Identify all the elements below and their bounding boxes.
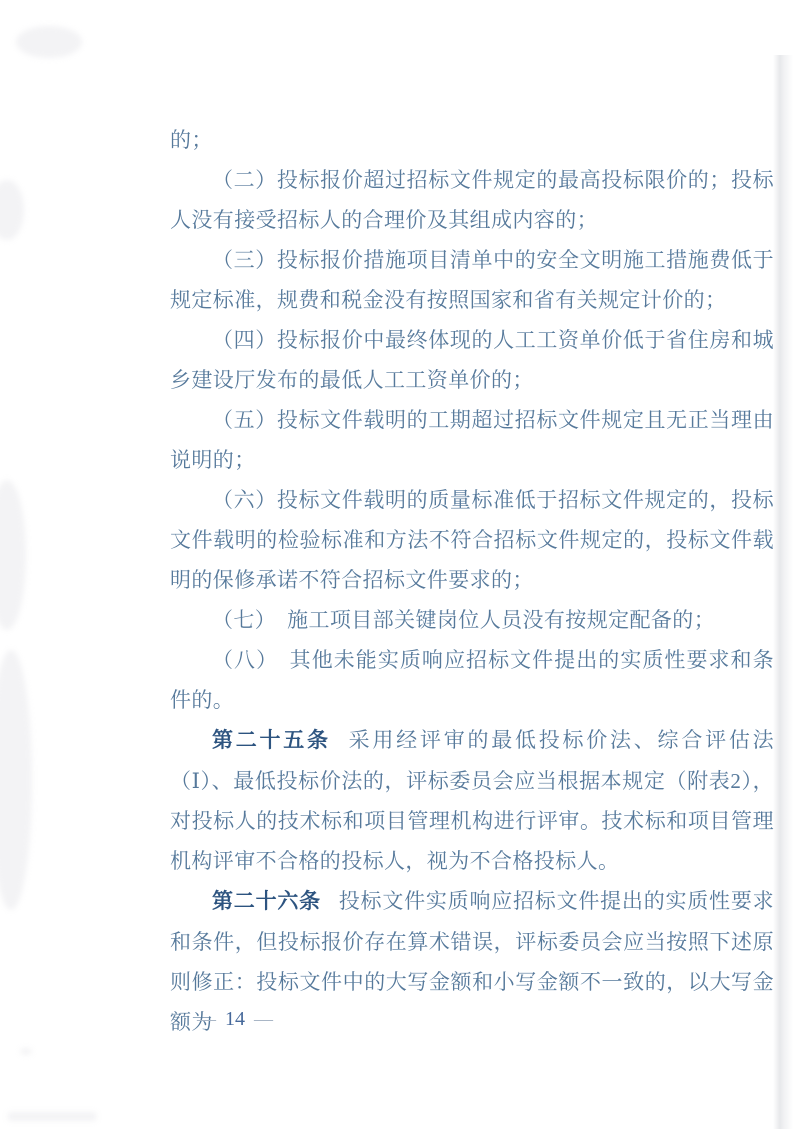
scan-smudge (0, 650, 32, 910)
clause-2: （二）投标报价超过招标文件规定的最高投标限价的；投标人没有接受招标人的合理价及其… (170, 160, 774, 240)
clause-7: （七） 施工项目部关键岗位人员没有按规定配备的； (170, 600, 774, 640)
clause-5: （五）投标文件载明的工期超过招标文件规定且无正当理由说明的； (170, 400, 774, 480)
page-number-value: 14 (225, 1008, 245, 1030)
page-number: —14— (188, 1008, 282, 1031)
clause-4: （四）投标报价中最终体现的人工工资单价低于省住房和城乡建设厅发布的最低人工工资单… (170, 320, 774, 400)
scan-edge-shadow (773, 55, 793, 1129)
article-25-heading: 第二十五条 (212, 729, 331, 752)
document-body: 的； （二）投标报价超过招标文件规定的最高投标限价的；投标人没有接受招标人的合理… (170, 120, 774, 1042)
scan-smudge (16, 26, 82, 58)
page-number-dash-left: — (188, 1009, 225, 1030)
scan-smudge (20, 1048, 32, 1055)
clause-8: （八） 其他未能实质响应招标文件提出的实质性要求和条件的。 (170, 640, 774, 720)
clause-3: （三）投标报价措施项目清单中的安全文明施工措施费低于规定标准，规费和税金没有按照… (170, 240, 774, 320)
scan-smudge (8, 1112, 96, 1121)
article-26-heading: 第二十六条 (212, 890, 321, 913)
paragraph-continuation: 的； (170, 120, 774, 160)
scan-smudge (0, 180, 24, 240)
scanned-document-page: 的； （二）投标报价超过招标文件规定的最高投标限价的；投标人没有接受招标人的合理… (0, 0, 799, 1129)
page-number-dash-right: — (245, 1009, 282, 1030)
scan-smudge (0, 480, 26, 630)
article-25: 第二十五条采用经评审的最低投标价法、综合评估法（Ⅰ）、最低投标价法的，评标委员会… (170, 720, 774, 881)
clause-6: （六）投标文件载明的质量标准低于招标文件规定的，投标文件载明的检验标准和方法不符… (170, 480, 774, 600)
